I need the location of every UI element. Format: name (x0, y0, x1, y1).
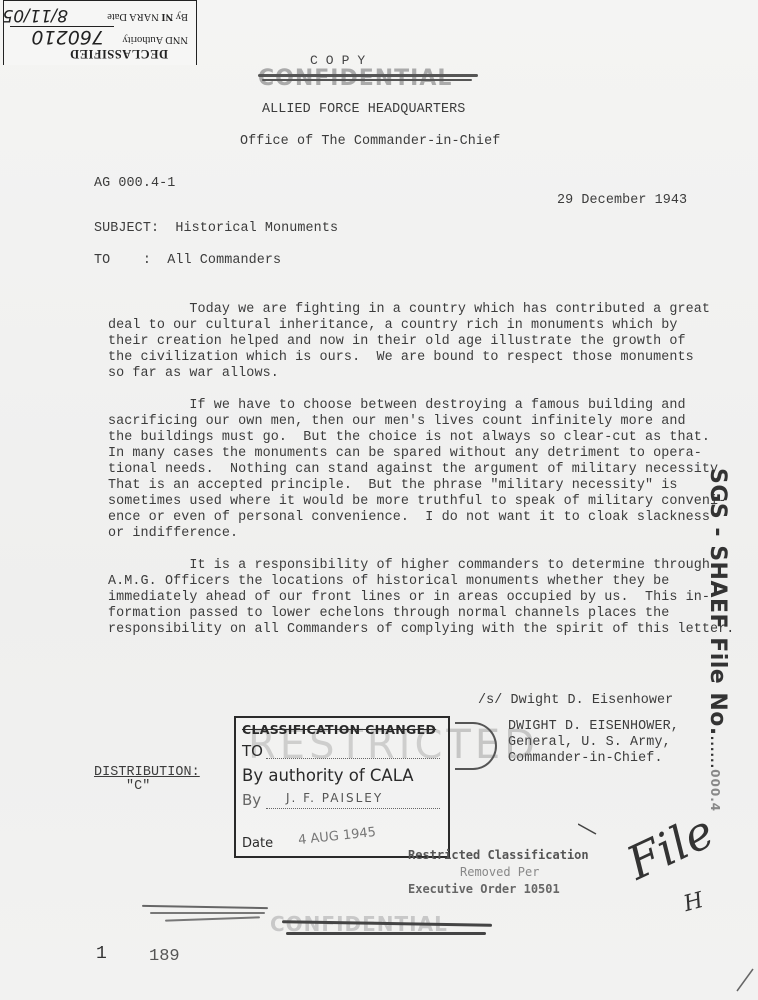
stamp-by-label: By (242, 791, 261, 809)
to-value: All Commanders (167, 253, 281, 268)
pen-mark (578, 820, 638, 860)
dotted-line (266, 758, 440, 759)
strikethrough-line (286, 932, 486, 935)
reference-number: AG 000.4-1 (94, 176, 175, 192)
body-line: That is an accepted principle. But the p… (108, 478, 678, 494)
body-line: ence or even of personal convenience. I … (108, 510, 710, 526)
distribution-value: "C" (126, 779, 150, 795)
stamp-divider (10, 26, 114, 27)
authority-label: NND Authority (122, 34, 188, 45)
stamp-date-label: Date (242, 836, 273, 851)
to-line: TO : All Commanders (94, 253, 281, 269)
scribble-line (150, 912, 265, 914)
subject-label: SUBJECT: (94, 221, 159, 236)
body-line: A.M.G. Officers the locations of histori… (108, 574, 669, 590)
organization-name: ALLIED FORCE HEADQUARTERS (262, 102, 465, 118)
body-line: If we have to choose between destroying … (108, 398, 686, 414)
body-line: sacrificing our own men, then our men's … (108, 414, 686, 430)
stamp-to: TO (242, 742, 263, 760)
pen-mark (735, 965, 755, 995)
body-line: tional needs. Nothing can stand against … (108, 462, 726, 478)
page-mark-number: 189 (149, 947, 180, 966)
body-line: formation passed to lower echelons throu… (108, 606, 669, 622)
classification-changed-stamp: CLASSIFICATION CHANGED TO By authority o… (234, 716, 450, 858)
stamp-by-value: J. F. PAISLEY (286, 791, 383, 805)
to-label: TO (94, 253, 110, 268)
body-line: their creation helped and now in their o… (108, 334, 686, 350)
office-name: Office of The Commander-in-Chief (240, 134, 500, 150)
strikethrough-line (262, 79, 472, 81)
declassified-title: DECLASSIFIED (70, 46, 168, 61)
letter-date: 29 December 1943 (557, 193, 687, 209)
scribble-line (165, 916, 260, 921)
scribble-line (142, 905, 268, 909)
body-line: deal to our cultural inheritance, a coun… (108, 318, 678, 334)
declassified-by: By NI NARA Date (107, 11, 188, 22)
stamp-authority: By authority of CALA (242, 766, 414, 785)
subject-line: SUBJECT: Historical Monuments (94, 221, 338, 237)
body-line: responsibility on all Commanders of comp… (108, 622, 734, 638)
subject-value: Historical Monuments (175, 221, 338, 236)
body-line: the civilization which is ours. We are b… (108, 350, 694, 366)
body-line: so far as war allows. (108, 366, 279, 382)
declassified-stamp: DECLASSIFIED NND Authority 760210 By NI … (3, 0, 197, 65)
body-line: immediately ahead of our front lines or … (108, 590, 710, 606)
body-line: It is a responsibility of higher command… (108, 558, 710, 574)
document-page: DECLASSIFIED NND Authority 760210 By NI … (0, 0, 758, 1000)
body-line: the buildings must go. But the choice is… (108, 430, 710, 446)
signature-signed: /s/ Dwight D. Eisenhower (478, 693, 673, 709)
authority-number: 760210 (31, 26, 104, 48)
body-line: sometimes used where it would be more tr… (108, 494, 726, 510)
stamp-date-value: 4 AUG 1945 (297, 825, 376, 848)
body-line: Today we are fighting in a country which… (108, 302, 710, 318)
body-line: or indifference. (108, 526, 238, 542)
stamp-heading: CLASSIFICATION CHANGED (242, 722, 436, 737)
shaef-file-stamp: SGS - SHAEF File No.......000.4 (705, 468, 730, 812)
declassified-date: 8/11/05 (2, 5, 68, 25)
body-line: In many cases the monuments can be spare… (108, 446, 702, 462)
handwritten-initials: H (681, 888, 706, 917)
page-mark-left: 1 (96, 944, 107, 964)
strikethrough-line (258, 74, 478, 77)
dotted-line (266, 808, 440, 809)
restricted-removed-stamp: Restricted Classification Removed Per Ex… (408, 847, 589, 898)
